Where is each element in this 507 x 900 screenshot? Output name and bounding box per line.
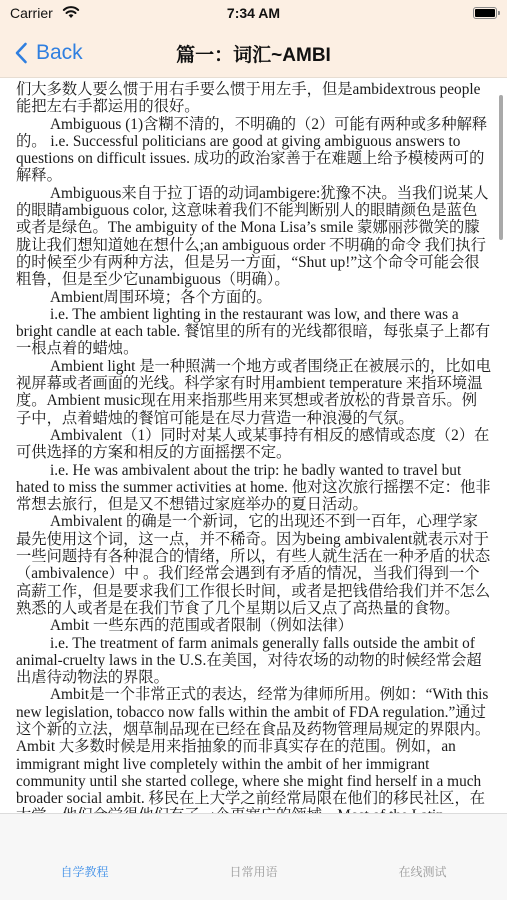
clock: 7:34 AM xyxy=(0,5,507,21)
navigation-bar: Back 篇一：词汇~AMBI xyxy=(0,28,507,78)
battery-tip xyxy=(498,11,500,15)
tab-bar: 自学教程 日常用语 在线测试 xyxy=(0,813,507,900)
article-scroll-view[interactable]: 们大多数人要么惯于用右手要么惯于用左手，但是ambidextrous peopl… xyxy=(0,78,507,813)
article-paragraph: Ambivalent 的确是一个新词，它的出现还不到一百年，心理学家最先使用这个… xyxy=(16,513,492,617)
tab-daily-phrases[interactable]: 日常用语 xyxy=(169,863,338,880)
header: Carrier 7:34 AM Back 篇一：词汇~AMBI xyxy=(0,0,507,78)
article-paragraph: Ambient周围环境；各个方面的。 xyxy=(16,289,492,306)
article-paragraph: Ambient light 是一种照满一个地方或者围绕正在被展示的，比如电视屏幕… xyxy=(16,358,492,427)
article-paragraph: Ambivalent（1）同时对某人或某事持有相反的感情或态度（2）在可供选择的… xyxy=(16,427,492,462)
article-paragraph: i.e. The ambient lighting in the restaur… xyxy=(16,306,492,358)
battery-icon xyxy=(473,7,497,19)
tab-self-study[interactable]: 自学教程 xyxy=(0,863,169,880)
article-text: 们大多数人要么惯于用右手要么惯于用左手，但是ambidextrous peopl… xyxy=(16,81,492,813)
tab-online-test[interactable]: 在线测试 xyxy=(338,863,507,880)
article-paragraph: Ambit是一个非常正式的表达，经常为律师所用。例如：“With this ne… xyxy=(16,686,492,813)
article-paragraph: Ambit 一些东西的范围或者限制（例如法律） xyxy=(16,617,492,634)
scrollbar[interactable] xyxy=(499,95,503,240)
article-paragraph: 们大多数人要么惯于用右手要么惯于用左手，但是ambidextrous peopl… xyxy=(16,81,492,116)
article-paragraph: Ambiguous来自于拉丁语的动词ambigere:犹豫不决。当我们说某人的眼… xyxy=(16,185,492,289)
status-bar: Carrier 7:34 AM xyxy=(0,0,507,28)
article-paragraph: i.e. He was ambivalent about the trip: h… xyxy=(16,462,492,514)
article-paragraph: Ambiguous (1)含糊不清的，不明确的（2）可能有两种或多种解释的。 i… xyxy=(16,116,492,185)
article-paragraph: i.e. The treatment of farm animals gener… xyxy=(16,635,492,687)
page-title: 篇一：词汇~AMBI xyxy=(0,40,507,67)
